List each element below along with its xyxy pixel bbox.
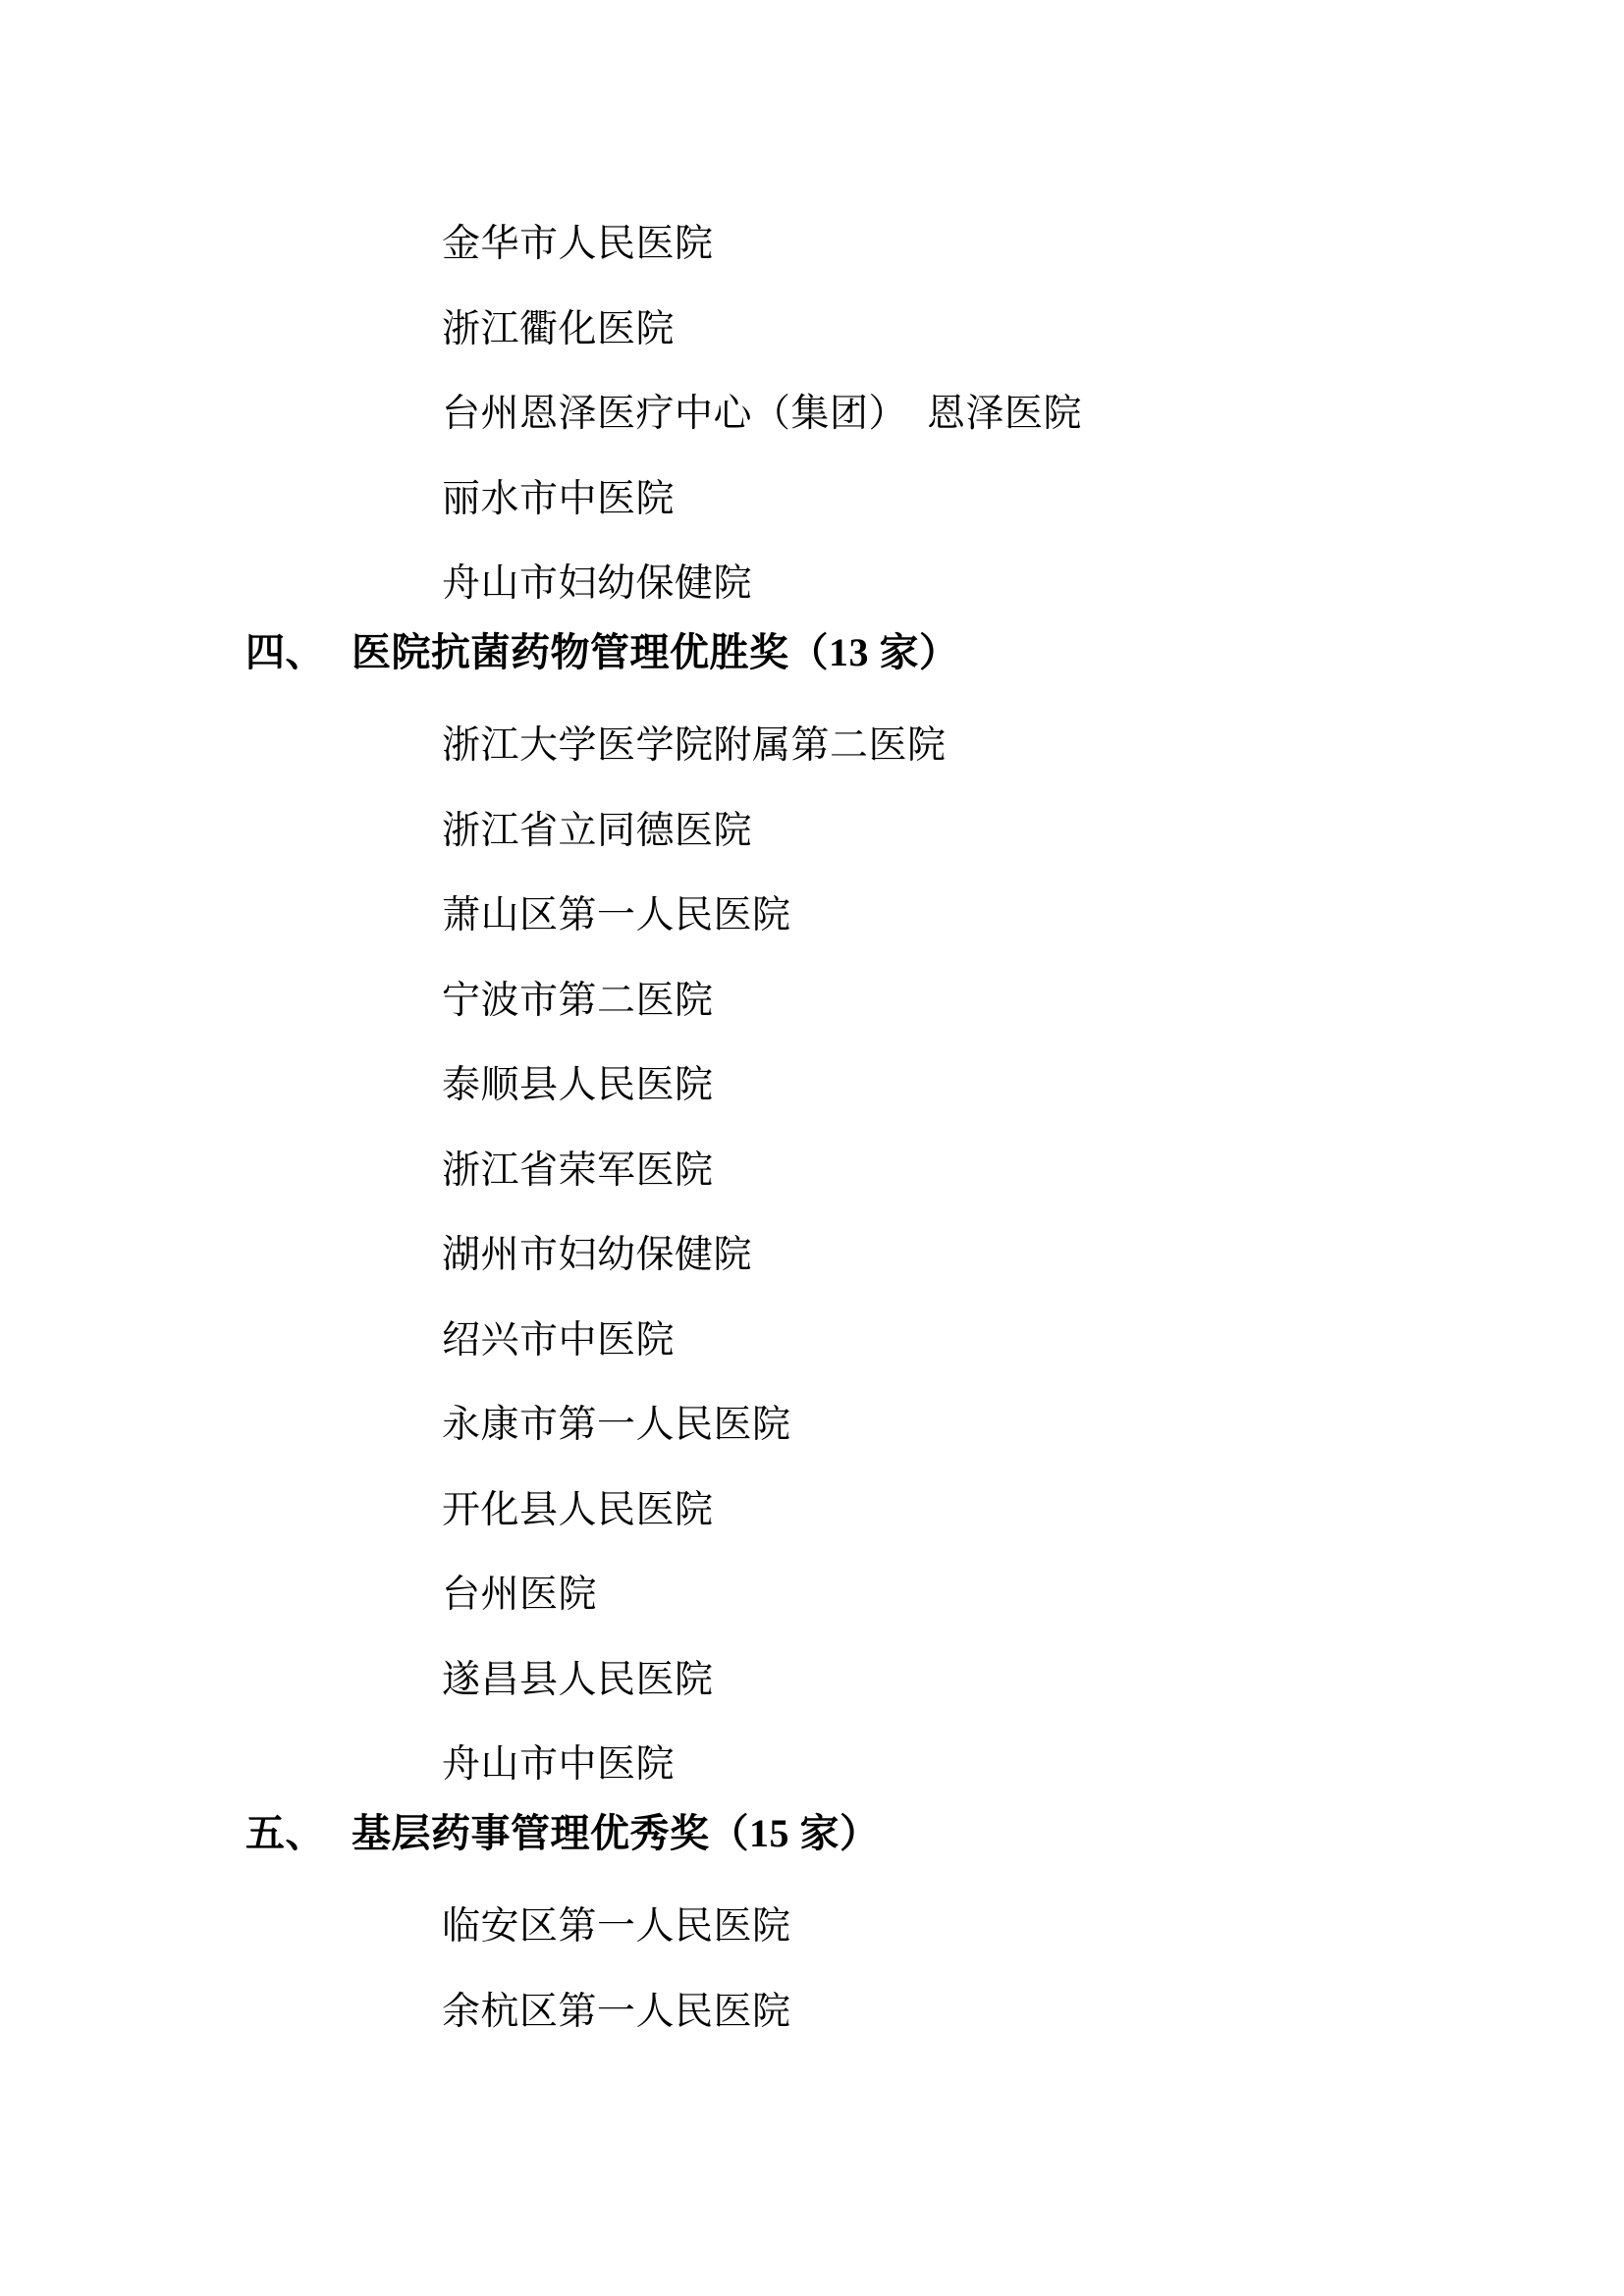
section-title: 医院抗菌药物管理优胜奖（13 家） (352, 630, 959, 674)
award-section: 四、医院抗菌药物管理优胜奖（13 家）浙江大学医学院附属第二医院浙江省立同德医院… (0, 628, 1624, 1828)
hospital-name: 金华市人民医院 (0, 222, 1624, 307)
hospital-name: 台州医院 (0, 1573, 1624, 1658)
hospital-name: 湖州市妇幼保健院 (0, 1233, 1624, 1318)
hospital-name: 宁波市第二医院 (0, 979, 1624, 1064)
hospital-name: 遂昌县人民医院 (0, 1658, 1624, 1743)
award-section: 金华市人民医院浙江衢化医院台州恩泽医疗中心（集团） 恩泽医院丽水市中医院舟山市妇… (0, 222, 1624, 647)
hospital-name: 浙江大学医学院附属第二医院 (0, 723, 1624, 809)
award-section: 五、基层药事管理优秀奖（15 家）临安区第一人民医院余杭区第一人民医院 (0, 1809, 1624, 2074)
section-numeral: 五、 (245, 1811, 325, 1855)
hospital-name: 萧山区第一人民医院 (0, 893, 1624, 979)
hospital-name: 开化县人民医院 (0, 1488, 1624, 1574)
hospital-name: 临安区第一人民医院 (0, 1904, 1624, 1990)
hospital-name: 绍兴市中医院 (0, 1318, 1624, 1404)
section-numeral: 四、 (245, 630, 325, 674)
hospital-name: 台州恩泽医疗中心（集团） 恩泽医院 (0, 392, 1624, 477)
section-title: 基层药事管理优秀奖（15 家） (352, 1811, 880, 1855)
hospital-name: 浙江衢化医院 (0, 307, 1624, 393)
hospital-name: 泰顺县人民医院 (0, 1063, 1624, 1148)
document-page: 金华市人民医院浙江衢化医院台州恩泽医疗中心（集团） 恩泽医院丽水市中医院舟山市妇… (0, 0, 1624, 2296)
hospital-name: 丽水市中医院 (0, 477, 1624, 562)
hospital-name: 浙江省立同德医院 (0, 809, 1624, 894)
document-body: 金华市人民医院浙江衢化医院台州恩泽医疗中心（集团） 恩泽医院丽水市中医院舟山市妇… (0, 0, 1624, 2074)
section-heading: 五、基层药事管理优秀奖（15 家） (0, 1809, 1624, 1904)
hospital-name: 余杭区第一人民医院 (0, 1990, 1624, 2075)
hospital-name: 永康市第一人民医院 (0, 1403, 1624, 1488)
hospital-name: 浙江省荣军医院 (0, 1148, 1624, 1234)
section-heading: 四、医院抗菌药物管理优胜奖（13 家） (0, 628, 1624, 723)
